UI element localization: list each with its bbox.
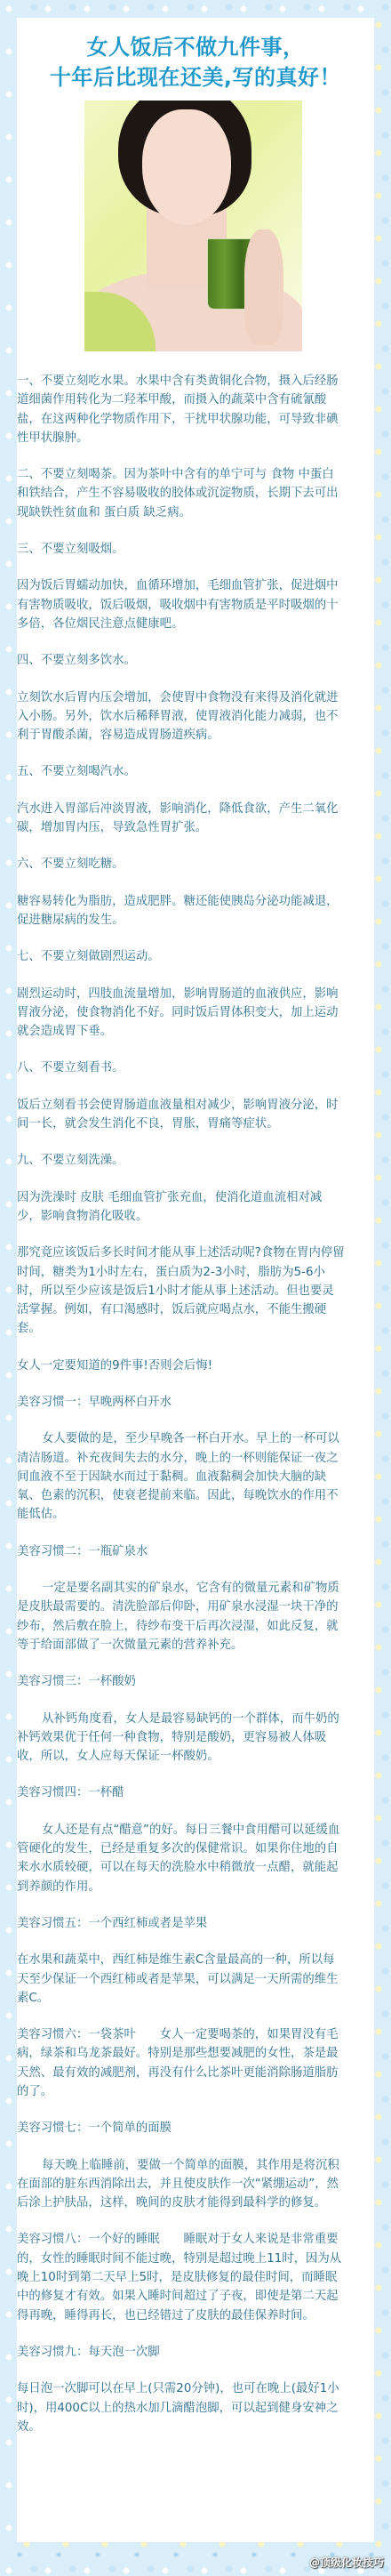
rule-1: 一、不要立刻吃水果。水果中含有类黄铜化合物，摄入后经肠道细菌作用转化为二羟苯甲酸…	[17, 372, 346, 447]
hero-photo	[84, 101, 302, 351]
rule-5-body: 汽水进入胃部后冲淡胃液，影响消化，降低食欲，产生二氧化碳，增加胃内压，导致急性胃…	[17, 800, 346, 838]
habit-2-heading: 美容习惯二：一瓶矿泉水	[17, 1542, 346, 1561]
rule-3-heading: 三、不要立刻吸烟。	[17, 540, 346, 559]
rule-7-heading: 七、不要立刻做剧烈运动。	[17, 947, 346, 966]
habit-4-body: 女人还是有点“醋意”的好。每日三餐中食用醋可以延缓血管硬化的发生，已经是重复多次…	[17, 1821, 346, 1896]
rule-3-body: 因为饭后胃蠕动加快，血循环增加，毛细血管扩张，促进烟中有害物质吸收，饭后吸烟，吸…	[17, 576, 346, 633]
habit-4-heading: 美容习惯四：一杯醋	[17, 1783, 346, 1802]
habit-3-heading: 美容习惯三：一杯酸奶	[17, 1672, 346, 1691]
habit-6-body: 美容习惯六：一袋茶叶 女人一定要喝茶的，如果胃没有毛病，绿茶和乌龙茶最好。特别是…	[17, 2025, 346, 2101]
habit-7-body: 每天晚上临睡前，要做一个简单的面膜，其作用是将沉积在面部的脏东西消除出去，并且使…	[17, 2156, 346, 2213]
habits-intro: 女人一定要知道的9件事!否则会后悔!	[17, 1356, 346, 1375]
rule-7-body: 剧烈运动时，四肢血流量增加，影响胃肠道的血液供应，影响胃液分泌，使食物消化不好。…	[17, 985, 346, 1042]
habit-2-body: 一定是要名副其实的矿泉水，它含有的微量元素和矿物质是皮肤最需要的。清洗脸部后仰卧…	[17, 1579, 346, 1654]
habit-1-heading: 美容习惯一：早晚两杯白开水	[17, 1393, 346, 1412]
rule-6-body: 糖容易转化为脂肪，造成肥胖。糖还能使胰岛分泌功能减退，促进糖尿病的发生。	[17, 892, 346, 930]
source-watermark: @顶级化妆技巧	[309, 2555, 384, 2570]
title-line-2: 十年后比现在还美,写的真好！	[17, 62, 374, 93]
rule-2: 二、不要立刻喝茶。因为茶叶中含有的单宁可与 食物 中蛋白和铁结合，产生不容易吸收…	[17, 465, 346, 522]
rule-8-body: 饭后立刻看书会使胃肠道血液量相对减少，影响胃液分泌，时间一长，就会发生消化不良，…	[17, 1096, 346, 1134]
article-title: 女人饭后不做九件事， 十年后比现在还美,写的真好！	[17, 32, 374, 93]
habit-9-heading: 美容习惯九：每天泡一次脚	[17, 2343, 346, 2362]
rule-8-heading: 八、不要立刻看书。	[17, 1059, 346, 1077]
summary-paragraph: 那究竟应该饭后多长时间才能从事上述活动呢?食物在胃内停留时间，糖类为1小时左右，…	[17, 1244, 346, 1338]
photo-face	[142, 109, 231, 225]
rule-4-body: 立刻饮水后胃内压会增加，会使胃中食物没有来得及消化就进入小肠。另外，饮水后稀释胃…	[17, 688, 346, 745]
habit-3-body: 从补钙角度看，女人是最容易缺钙的一个群体，而牛奶的补钙效果优于任何一种食物，特别…	[17, 1710, 346, 1767]
habit-7-heading: 美容习惯七：一个简单的面膜	[17, 2119, 346, 2137]
habit-9-body: 每日泡一次脚可以在早上(只需20分钟)，也可在晚上(最好1小时)，用400C以上…	[17, 2379, 346, 2436]
rule-6-heading: 六、不要立刻吃糖。	[17, 855, 346, 873]
rule-5-heading: 五、不要立刻喝汽水。	[17, 762, 346, 781]
photo-hand	[244, 229, 283, 345]
habit-8-body: 美容习惯八：一个好的睡眠 睡眠对于女人来说是非常重要的，女性的睡眠时间不能过晚，…	[17, 2230, 346, 2324]
article-body: 一、不要立刻吃水果。水果中含有类黄铜化合物，摄入后经肠道细菌作用转化为二羟苯甲酸…	[17, 372, 346, 2436]
habit-5-heading: 美容习惯五：一个西红柿或者是苹果	[17, 1914, 346, 1933]
rule-9-heading: 九、不要立刻洗澡。	[17, 1151, 346, 1170]
title-line-1: 女人饭后不做九件事，	[17, 32, 374, 62]
rule-9-body: 因为洗澡时 皮肤 毛细血管扩张充血，使消化道血流相对减少，影响食物消化吸收。	[17, 1188, 346, 1227]
habit-1-body: 女人要做的是，至少早晚各一杯白开水。早上的一杯可以清洁肠道。补充夜间失去的水分，…	[17, 1429, 346, 1524]
rule-4-heading: 四、不要立刻多饮水。	[17, 651, 346, 670]
habit-5-body: 在水果和蔬菜中，西红柿是维生素C含量最高的一种，所以每天至少保证一个西红柿或者是…	[17, 1951, 346, 2008]
